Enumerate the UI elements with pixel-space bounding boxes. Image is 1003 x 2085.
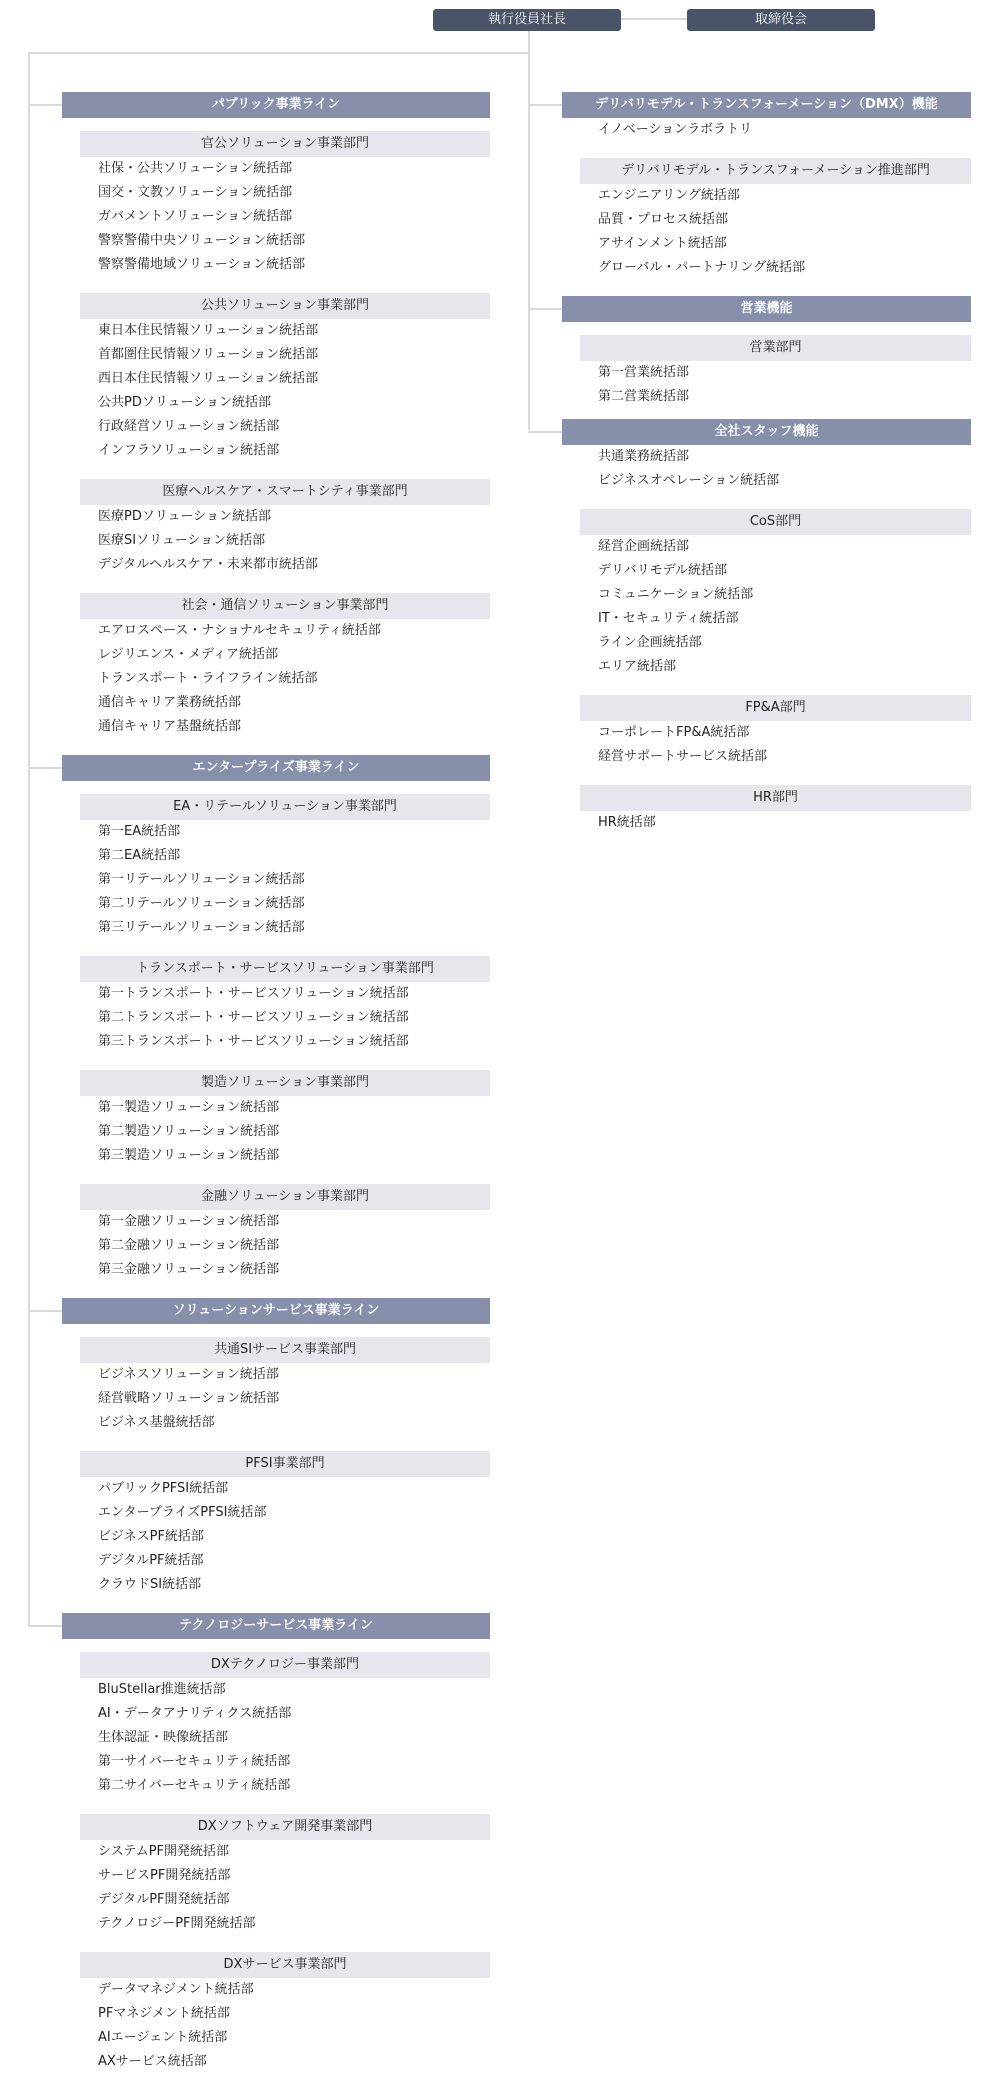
left-trunk-line [28,52,30,1625]
division-group: 医療ヘルスケア・スマートシティ事業部門医療PDソリューション統括部医療SIソリュ… [80,479,490,577]
department-item[interactable]: 第二営業統括部 [598,385,971,409]
function-connector [528,308,562,310]
business-line-connector [28,767,62,769]
department-item[interactable]: パブリックPFSI統括部 [98,1477,490,1501]
division-group: 社会・通信ソリューション事業部門エアロスペース・ナショナルセキュリティ統括部レジ… [80,593,490,739]
department-list: エンジニアリング統括部品質・プロセス統括部アサインメント統括部グローバル・パート… [580,184,971,280]
department-item[interactable]: 第一リテールソリューション統括部 [98,868,490,892]
department-list: 第一トランスポート・サービスソリューション統括部第二トランスポート・サービスソリ… [80,982,490,1054]
division-group: 製造ソリューション事業部門第一製造ソリューション統括部第二製造ソリューション統括… [80,1070,490,1168]
business-line: テクノロジーサービス事業ラインDXテクノロジー事業部門BluStellar推進統… [62,1613,490,2074]
department-item[interactable]: 行政経営ソリューション統括部 [98,415,490,439]
business-line-header[interactable]: テクノロジーサービス事業ライン [62,1613,490,1639]
department-item[interactable]: 経営戦略ソリューション統括部 [98,1387,490,1411]
business-line-header[interactable]: エンタープライズ事業ライン [62,755,490,781]
department-item[interactable]: レジリエンス・メディア統括部 [98,643,490,667]
department-list: コーポレートFP&A統括部経営サポートサービス統括部 [580,721,971,769]
department-item[interactable]: インフラソリューション統括部 [98,439,490,463]
department-list: 東日本住民情報ソリューション統括部首都圏住民情報ソリューション統括部西日本住民情… [80,319,490,463]
department-item[interactable]: HR統括部 [598,811,971,835]
division-header[interactable]: FP&A部門 [580,695,971,721]
department-item[interactable]: 第一トランスポート・サービスソリューション統括部 [98,982,490,1006]
division-header[interactable]: CoS部門 [580,509,971,535]
division-header[interactable]: HR部門 [580,785,971,811]
department-item[interactable]: グローバル・パートナリング統括部 [598,256,971,280]
division-group: DXソフトウェア開発事業部門システムPF開発統括部サービスPF開発統括部デジタル… [80,1814,490,1936]
department-item[interactable]: 第三金融ソリューション統括部 [98,1258,490,1282]
division-header[interactable]: 製造ソリューション事業部門 [80,1070,490,1096]
right-trunk-line [528,31,530,430]
division-header[interactable]: 公共ソリューション事業部門 [80,293,490,319]
department-list: システムPF開発統括部サービスPF開発統括部デジタルPF開発統括部テクノロジーP… [80,1840,490,1936]
department-item[interactable]: BluStellar推進統括部 [98,1678,490,1702]
department-item[interactable]: コーポレートFP&A統括部 [598,721,971,745]
division-header[interactable]: デリバリモデル・トランスフォーメーション推進部門 [580,158,971,184]
business-line-header[interactable]: パブリック事業ライン [62,92,490,118]
department-item[interactable]: 警察警備地域ソリューション統括部 [98,253,490,277]
division-group: 金融ソリューション事業部門第一金融ソリューション統括部第二金融ソリューション統括… [80,1184,490,1282]
function-connector [528,431,562,433]
division-header[interactable]: DXソフトウェア開発事業部門 [80,1814,490,1840]
department-item[interactable]: 公共PDソリューション統括部 [98,391,490,415]
department-item[interactable]: 経営企画統括部 [598,535,971,559]
business-line: エンタープライズ事業ラインEA・リテールソリューション事業部門第一EA統括部第二… [62,755,490,1282]
division-header[interactable]: 医療ヘルスケア・スマートシティ事業部門 [80,479,490,505]
business-lines-column: パブリック事業ライン官公ソリューション事業部門社保・公共ソリューション統括部国交… [62,92,490,2085]
function: 全社スタッフ機能共通業務統括部ビジネスオペレーション統括部CoS部門経営企画統括… [562,419,971,835]
department-item[interactable]: ビジネスソリューション統括部 [98,1363,490,1387]
department-item[interactable]: IT・セキュリティ統括部 [598,607,971,631]
org-unit-item[interactable]: イノベーションラボラトリ [598,118,971,142]
department-item[interactable]: 西日本住民情報ソリューション統括部 [98,367,490,391]
department-item[interactable]: サービスPF開発統括部 [98,1864,490,1888]
function: デリバリモデル・トランスフォーメーション（DMX）機能イノベーションラボラトリデ… [562,92,971,280]
department-item[interactable]: 第一営業統括部 [598,361,971,385]
department-item[interactable]: 第三製造ソリューション統括部 [98,1144,490,1168]
division-header[interactable]: 社会・通信ソリューション事業部門 [80,593,490,619]
division-group: EA・リテールソリューション事業部門第一EA統括部第二EA統括部第一リテールソリ… [80,794,490,940]
division-header[interactable]: EA・リテールソリューション事業部門 [80,794,490,820]
department-item[interactable]: 第一サイバーセキュリティ統括部 [98,1750,490,1774]
function-connector [528,104,562,106]
division-group: トランスポート・サービスソリューション事業部門第一トランスポート・サービスソリュ… [80,956,490,1054]
department-item[interactable]: 通信キャリア業務統括部 [98,691,490,715]
business-line-header[interactable]: ソリューションサービス事業ライン [62,1298,490,1324]
department-item[interactable]: 通信キャリア基盤統括部 [98,715,490,739]
department-list: HR統括部 [580,811,971,835]
department-item[interactable]: AIエージェント統括部 [98,2026,490,2050]
department-item[interactable]: 経営サポートサービス統括部 [598,745,971,769]
business-line-connector [28,104,62,106]
business-line: パブリック事業ライン官公ソリューション事業部門社保・公共ソリューション統括部国交… [62,92,490,739]
direct-item-list: イノベーションラボラトリ [562,118,971,142]
department-list: 経営企画統括部デリバリモデル統括部コミュニケーション統括部IT・セキュリティ統括… [580,535,971,679]
department-item[interactable]: 第二EA統括部 [98,844,490,868]
department-item[interactable]: ガバメントソリューション統括部 [98,205,490,229]
board-box[interactable]: 取締役会 [687,9,875,31]
department-item[interactable]: 第二金融ソリューション統括部 [98,1234,490,1258]
function-header[interactable]: デリバリモデル・トランスフォーメーション（DMX）機能 [562,92,971,118]
business-line: ソリューションサービス事業ライン共通SIサービス事業部門ビジネスソリューション統… [62,1298,490,1597]
division-group: デリバリモデル・トランスフォーメーション推進部門エンジニアリング統括部品質・プロ… [580,158,971,280]
division-header[interactable]: DXサービス事業部門 [80,1952,490,1978]
department-item[interactable]: クラウドSI統括部 [98,1573,490,1597]
department-item[interactable]: トランスポート・ライフライン統括部 [98,667,490,691]
division-header[interactable]: 金融ソリューション事業部門 [80,1184,490,1210]
department-item[interactable]: 第一金融ソリューション統括部 [98,1210,490,1234]
main-branch-line [28,52,530,54]
division-group: 共通SIサービス事業部門ビジネスソリューション統括部経営戦略ソリューション統括部… [80,1337,490,1435]
function: 営業機能営業部門第一営業統括部第二営業統括部 [562,296,971,409]
division-group: DXテクノロジー事業部門BluStellar推進統括部AI・データアナリティクス… [80,1652,490,1798]
division-header[interactable]: DXテクノロジー事業部門 [80,1652,490,1678]
department-item[interactable]: 生体認証・映像統括部 [98,1726,490,1750]
department-item[interactable]: PFマネジメント統括部 [98,2002,490,2026]
business-line-connector [28,1310,62,1312]
department-item[interactable]: 第一EA統括部 [98,820,490,844]
department-item[interactable]: エンタープライズPFSI統括部 [98,1501,490,1525]
department-list: パブリックPFSI統括部エンタープライズPFSI統括部ビジネスPF統括部デジタル… [80,1477,490,1597]
department-list: データマネジメント統括部PFマネジメント統括部AIエージェント統括部AXサービス… [80,1978,490,2074]
department-item[interactable]: 国交・文教ソリューション統括部 [98,181,490,205]
department-list: 第一製造ソリューション統括部第二製造ソリューション統括部第三製造ソリューション統… [80,1096,490,1168]
department-list: 医療PDソリューション統括部医療SIソリューション統括部デジタルヘルスケア・未来… [80,505,490,577]
division-header[interactable]: 共通SIサービス事業部門 [80,1337,490,1363]
org-unit-item[interactable]: ビジネスオペレーション統括部 [598,469,971,493]
department-item[interactable]: 第一製造ソリューション統括部 [98,1096,490,1120]
org-unit-item[interactable]: 共通業務統括部 [598,445,971,469]
department-item[interactable]: 第二リテールソリューション統括部 [98,892,490,916]
division-group: 公共ソリューション事業部門東日本住民情報ソリューション統括部首都圏住民情報ソリュ… [80,293,490,463]
division-group: PFSI事業部門パブリックPFSI統括部エンタープライズPFSI統括部ビジネスP… [80,1451,490,1597]
president-box[interactable]: 執行役員社長 [433,9,621,31]
department-item[interactable]: 第二サイバーセキュリティ統括部 [98,1774,490,1798]
division-group: FP&A部門コーポレートFP&A統括部経営サポートサービス統括部 [580,695,971,769]
department-item[interactable]: ビジネス基盤統括部 [98,1411,490,1435]
department-list: ビジネスソリューション統括部経営戦略ソリューション統括部ビジネス基盤統括部 [80,1363,490,1435]
department-item[interactable]: 第二トランスポート・サービスソリューション統括部 [98,1006,490,1030]
department-item[interactable]: エリア統括部 [598,655,971,679]
direct-item-list: 共通業務統括部ビジネスオペレーション統括部 [562,445,971,493]
department-item[interactable]: エンジニアリング統括部 [598,184,971,208]
department-item[interactable]: AXサービス統括部 [98,2050,490,2074]
corporate-functions-column: デリバリモデル・トランスフォーメーション（DMX）機能イノベーションラボラトリデ… [562,92,971,851]
function-header[interactable]: 営業機能 [562,296,971,322]
division-group: CoS部門経営企画統括部デリバリモデル統括部コミュニケーション統括部IT・セキュ… [580,509,971,679]
division-group: DXサービス事業部門データマネジメント統括部PFマネジメント統括部AIエージェン… [80,1952,490,2074]
department-item[interactable]: ビジネスPF統括部 [98,1525,490,1549]
division-group: 営業部門第一営業統括部第二営業統括部 [580,335,971,409]
department-item[interactable]: デジタルPF統括部 [98,1549,490,1573]
department-item[interactable]: 医療PDソリューション統括部 [98,505,490,529]
department-item[interactable]: 首都圏住民情報ソリューション統括部 [98,343,490,367]
division-header[interactable]: PFSI事業部門 [80,1451,490,1477]
function-header[interactable]: 全社スタッフ機能 [562,419,971,445]
division-header[interactable]: トランスポート・サービスソリューション事業部門 [80,956,490,982]
department-item[interactable]: 第三トランスポート・サービスソリューション統括部 [98,1030,490,1054]
division-header[interactable]: 官公ソリューション事業部門 [80,131,490,157]
department-list: 第一営業統括部第二営業統括部 [580,361,971,409]
division-group: HR部門HR統括部 [580,785,971,835]
division-group: 官公ソリューション事業部門社保・公共ソリューション統括部国交・文教ソリューション… [80,131,490,277]
department-item[interactable]: デジタルヘルスケア・未来都市統括部 [98,553,490,577]
department-item[interactable]: コミュニケーション統括部 [598,583,971,607]
department-list: 第一EA統括部第二EA統括部第一リテールソリューション統括部第二リテールソリュー… [80,820,490,940]
division-header[interactable]: 営業部門 [580,335,971,361]
department-item[interactable]: ライン企画統括部 [598,631,971,655]
department-list: エアロスペース・ナショナルセキュリティ統括部レジリエンス・メディア統括部トランス… [80,619,490,739]
department-item[interactable]: 第二製造ソリューション統括部 [98,1120,490,1144]
department-item[interactable]: 警察警備中央ソリューション統括部 [98,229,490,253]
department-item[interactable]: システムPF開発統括部 [98,1840,490,1864]
department-list: BluStellar推進統括部AI・データアナリティクス統括部生体認証・映像統括… [80,1678,490,1798]
business-line-connector [28,1625,62,1627]
department-item[interactable]: 東日本住民情報ソリューション統括部 [98,319,490,343]
department-item[interactable]: データマネジメント統括部 [98,1978,490,2002]
department-item[interactable]: 品質・プロセス統括部 [598,208,971,232]
department-item[interactable]: 医療SIソリューション統括部 [98,529,490,553]
department-list: 社保・公共ソリューション統括部国交・文教ソリューション統括部ガバメントソリューシ… [80,157,490,277]
department-item[interactable]: 社保・公共ソリューション統括部 [98,157,490,181]
department-item[interactable]: デリバリモデル統括部 [598,559,971,583]
department-item[interactable]: アサインメント統括部 [598,232,971,256]
department-item[interactable]: エアロスペース・ナショナルセキュリティ統括部 [98,619,490,643]
department-item[interactable]: デジタルPF開発統括部 [98,1888,490,1912]
department-item[interactable]: AI・データアナリティクス統括部 [98,1702,490,1726]
president-board-connector [621,18,687,20]
department-item[interactable]: テクノロジーPF開発統括部 [98,1912,490,1936]
department-item[interactable]: 第三リテールソリューション統括部 [98,916,490,940]
department-list: 第一金融ソリューション統括部第二金融ソリューション統括部第三金融ソリューション統… [80,1210,490,1282]
